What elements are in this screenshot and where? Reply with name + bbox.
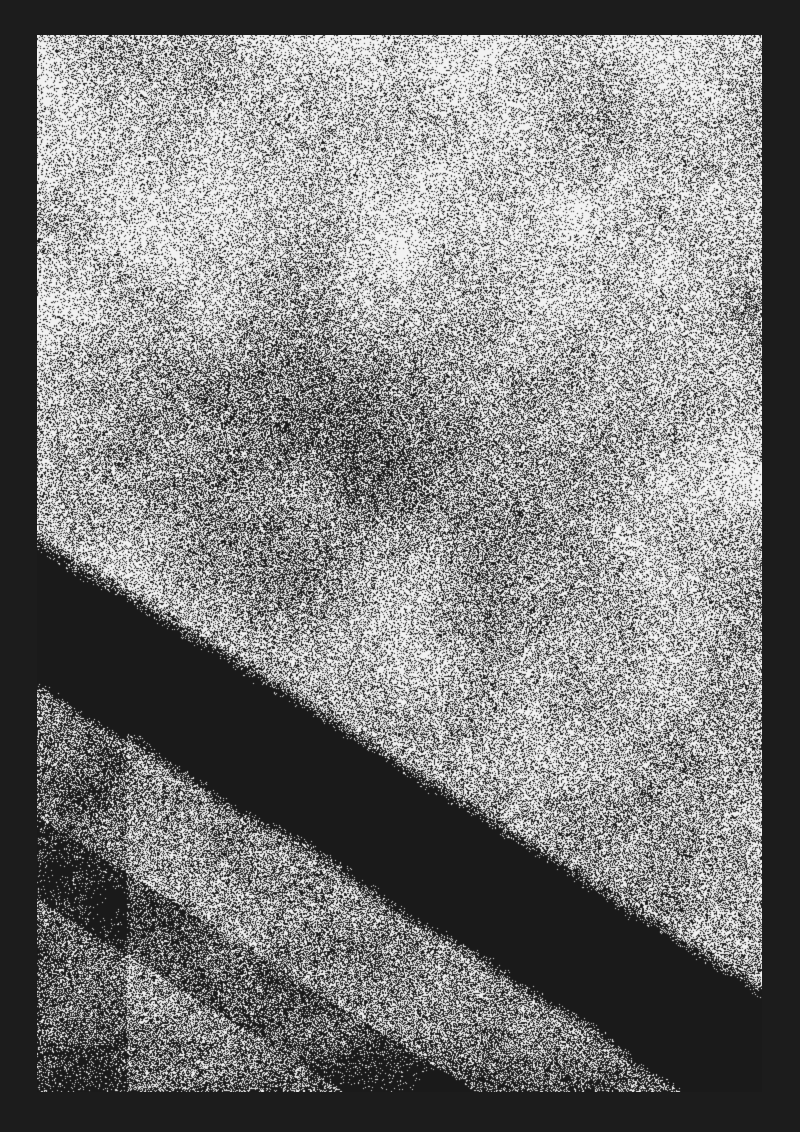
print-frame [0,0,800,1132]
photo-canvas [37,35,762,1092]
dithered-photograph [37,35,762,1092]
